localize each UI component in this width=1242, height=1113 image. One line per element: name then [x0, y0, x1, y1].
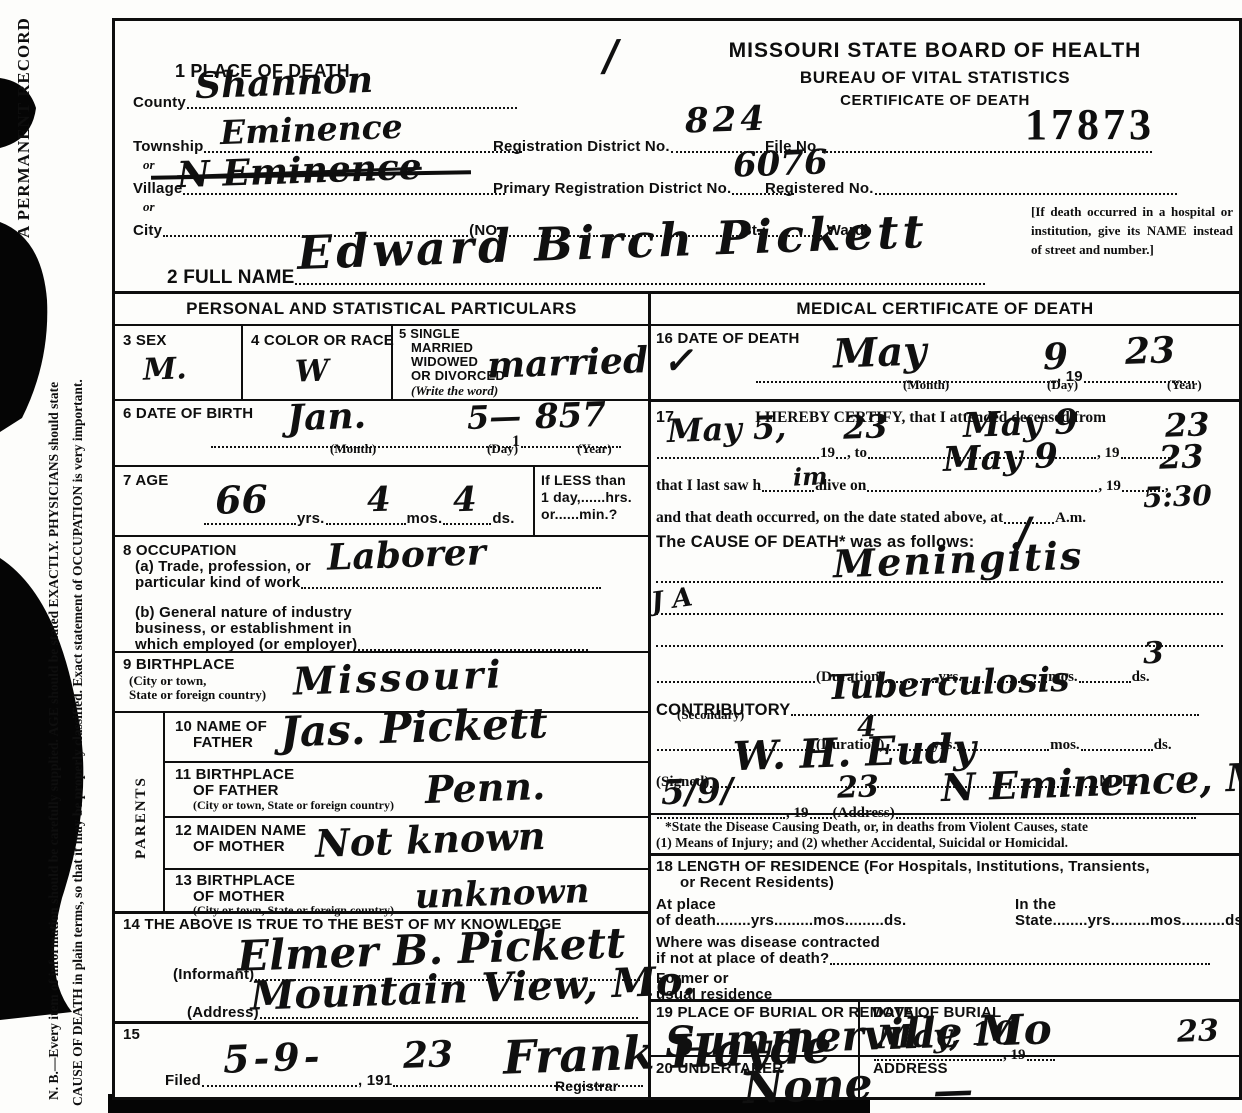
attended-from-value: May 5, [666, 411, 786, 447]
attended-from-year: 23 [842, 410, 888, 444]
dod-month-value: May [832, 331, 927, 374]
birthplace-label: 9 BIRTHPLACE [123, 657, 235, 674]
residence-label-2: or Recent Residents) [680, 875, 834, 892]
parents-strip-divider [163, 711, 165, 911]
parents-label: PARENTS [133, 776, 150, 859]
columns-top-border [115, 291, 1239, 294]
sign-date-value: 5/9/ [660, 774, 733, 810]
dod-day-value: 9 [1042, 339, 1068, 376]
footnote-bottom-border [651, 853, 1239, 856]
dob-label: 6 DATE OF BIRTH [123, 406, 253, 423]
duration1-ds: ds. [1132, 669, 1150, 686]
saw-year-preprint: , 19 [1098, 478, 1121, 495]
primary-registration-label: Primary Registration District No. [493, 181, 731, 198]
last-saw-year-value: 23 [1158, 440, 1204, 474]
dod-year-caption: (Year) [1167, 377, 1202, 393]
hospital-note: [If death occurred in a hospital or inst… [1031, 203, 1233, 260]
father-bp-sub: (City or town, State or foreign country) [193, 798, 394, 813]
dod-check-mark: ✓ [662, 342, 693, 379]
dod-month-caption: (Month) [903, 377, 949, 393]
city-label: City [133, 223, 162, 240]
dob-day-caption: (Day) [487, 441, 518, 457]
contributory-value: Tuberculosis [826, 663, 1069, 705]
to-word: , to [847, 445, 867, 462]
age-days-value: 4 [452, 483, 477, 518]
age-years-value: 66 [214, 480, 268, 520]
margin-permanent-record: A PERMANENT RECORD [14, 17, 34, 238]
death-occurred-text: and that death occurred, on the date sta… [656, 509, 1003, 527]
ink-scribble: J A [649, 584, 694, 616]
ink-tick: ∕ [602, 35, 619, 78]
mother-label-2: OF MOTHER [193, 839, 285, 856]
color-race-label: 4 COLOR OR RACE [251, 333, 394, 350]
cause-line-3 [656, 645, 1223, 647]
dod-year-value: 23 [1124, 332, 1175, 370]
age-yrs-unit: yrs. [297, 511, 325, 528]
residence-bottom-border [651, 999, 1239, 1002]
duration1-days-value: 3 [1142, 639, 1164, 670]
filed-no-label: 15 [123, 1027, 140, 1044]
duration2-mos: mos. [1050, 737, 1080, 754]
age-label: 7 AGE [123, 473, 168, 490]
death-time-value: 5:30 [1143, 482, 1213, 512]
county-label: County [133, 95, 186, 112]
file-no-value: 17873 [1025, 99, 1155, 150]
primary-registration-value: 6076 [732, 145, 828, 182]
physician-address-value: N Eminence, Mo [940, 757, 1242, 807]
margin-note-line2: CAUSE OF DEATH in plain terms, so that i… [70, 379, 86, 1106]
death-certificate-scan: A PERMANENT RECORD N. B.—Every item of i… [0, 0, 1242, 1113]
occupation-value: Laborer [326, 534, 486, 576]
marital-value: married [486, 342, 648, 384]
secondary-label: (Secondary) [677, 707, 744, 723]
contracted-line2: if not at place of death? [656, 951, 1211, 968]
from-year-preprint: 19 [820, 445, 835, 462]
footnote-line2: (1) Means of Injury; and (2) whether Acc… [656, 835, 1068, 851]
contracted-line2-label: if not at place of death? [656, 951, 829, 968]
cause-line-1 [656, 581, 1223, 583]
filed-year-value: 23 [402, 1036, 453, 1074]
margin-note-line1: N. B.—Every item of information should b… [46, 382, 62, 1100]
dob-year-value: 857 [534, 398, 606, 434]
dob-year-caption: (Year) [577, 441, 612, 457]
village-label: Village [133, 181, 182, 198]
cause-value: Meningitis [832, 537, 1084, 584]
medical-title: MEDICAL CERTIFICATE OF DEATH [651, 299, 1239, 318]
full-name-value: Edward Birch Pickett [296, 208, 928, 276]
mother-bp-value: unknown [414, 874, 589, 914]
last-saw-line: that I last saw h alive on , 19 , [656, 477, 1169, 495]
birthplace-value: Missouri [292, 655, 504, 700]
registration-district-value: 824 [684, 102, 768, 139]
or-word-2: or [143, 199, 155, 215]
sex-label: 3 SEX [123, 333, 167, 350]
occupation-a-line2-label: particular kind of work [135, 575, 300, 592]
age-cell-divider [533, 465, 535, 535]
cause-line-2 [656, 613, 1223, 615]
less-than-line3: or......min.? [541, 507, 618, 523]
in-state-line2: State........yrs.........mos..........ds… [1015, 913, 1242, 930]
age-mos-unit: mos. [407, 511, 443, 528]
color-race-value: W [294, 356, 329, 387]
certificate-form: 1 PLACE OF DEATH ∕ MISSOURI STATE BOARD … [112, 18, 1242, 1100]
full-name-label: 2 FULL NAME [167, 267, 294, 288]
father-row-line [163, 761, 648, 763]
mother-row-line [163, 868, 648, 870]
sex-cell-divider [241, 324, 243, 399]
dod-bottom [651, 399, 1239, 402]
filed-year-preprint: , 191 [358, 1073, 392, 1090]
last-saw-text: that I last saw h [656, 477, 761, 495]
dob-day-value: 5— [466, 400, 521, 434]
him-value: im [793, 464, 828, 489]
county-value: Shannon [194, 62, 373, 104]
age-months-value: 4 [366, 483, 391, 518]
informant-address-label: (Address) [187, 1005, 259, 1022]
age-ds-unit: ds. [492, 511, 514, 528]
personal-title: PERSONAL AND STATISTICAL PARTICULARS [115, 299, 648, 318]
sex-value: M. [142, 354, 187, 386]
dob-month-value: Jan. [286, 398, 366, 437]
burial-year-value: 23 [1176, 1016, 1219, 1047]
footnote-top-border [651, 813, 1239, 815]
dob-month-caption: (Month) [330, 441, 376, 457]
less-than-line1: If LESS than [541, 473, 626, 489]
to-year-preprint: , 19 [1097, 445, 1120, 462]
last-saw-date-value: May 9 [942, 439, 1058, 477]
or-word-1: or [143, 157, 155, 173]
board-title: MISSOURI STATE BOARD OF HEALTH [635, 39, 1235, 63]
dob-bottom [115, 465, 648, 467]
township-value: Eminence [219, 110, 403, 149]
undertaker-address-mark: — [932, 1070, 973, 1111]
mother-value: Not known [314, 817, 546, 863]
filed-label: Filed [165, 1073, 201, 1090]
father-bp-value: Penn. [424, 767, 545, 809]
registration-district-label: Registration District No. [493, 139, 670, 156]
right-title-underline [651, 324, 1239, 326]
left-title-underline [115, 324, 648, 326]
filed-date-value: 5-9- [222, 1037, 324, 1078]
am-label: A.m. [1055, 510, 1086, 527]
dod-day-caption: (Day) [1047, 377, 1078, 393]
birthplace-sub2: State or foreign country) [129, 687, 266, 703]
registered-no-label: Registered No. [765, 181, 874, 198]
registered-no-line: Registered No. [765, 181, 1178, 198]
father-value: Jas. Pickett [279, 702, 548, 753]
at-place-line2: of death........yrs.........mos.........… [656, 913, 906, 930]
bureau-title: BUREAU OF VITAL STATISTICS [635, 68, 1235, 87]
occupation-a-line2: particular kind of work [135, 575, 602, 592]
father-label-2: FATHER [193, 735, 253, 752]
duration2-ds: ds. [1154, 737, 1172, 754]
footnote-line1: *State the Disease Causing Death, or, in… [665, 819, 1088, 835]
occupation-b-line3: which employed (or employer) [135, 637, 589, 654]
sign-year-value: 23 [836, 772, 879, 803]
marital-label-5: (Write the word) [411, 383, 498, 399]
less-than-line2: 1 day,......hrs. [541, 490, 632, 506]
occupation-b-line3-label: which employed (or employer) [135, 637, 357, 654]
